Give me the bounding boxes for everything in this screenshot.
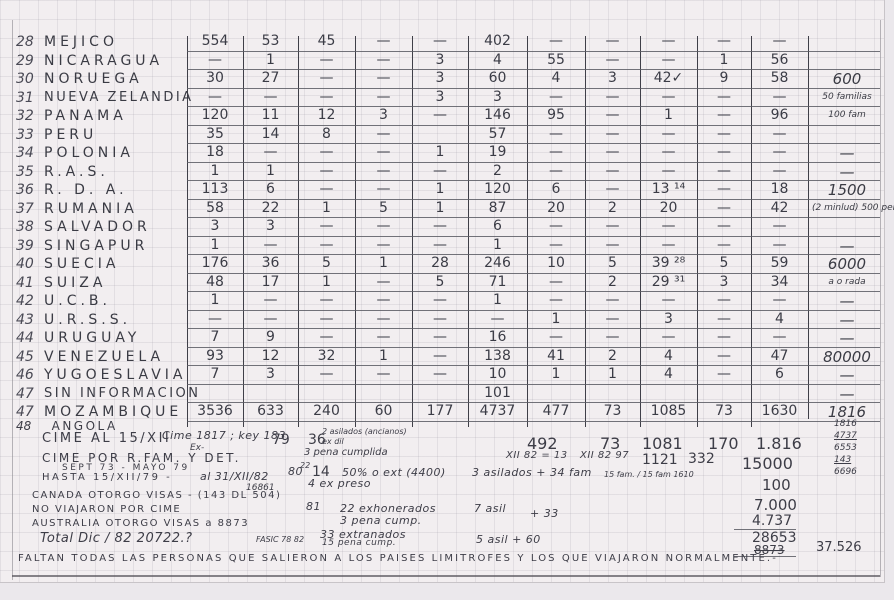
table-cell: 27 bbox=[243, 70, 298, 86]
no-viajaron-label: NO VIAJARON POR CIME bbox=[32, 504, 181, 515]
table-cell: 3 bbox=[355, 107, 412, 123]
table-cell: — bbox=[585, 163, 640, 179]
table-cell: — bbox=[412, 292, 468, 308]
table-cell: 14 bbox=[243, 126, 298, 142]
footer-note: FALTAN TODAS LAS PERSONAS QUE SALIERON A… bbox=[18, 553, 778, 564]
row-side-note: a o rada bbox=[812, 277, 882, 287]
table-cell: — bbox=[751, 126, 808, 142]
table-cell: — bbox=[298, 70, 355, 86]
table-cell: 1 bbox=[527, 366, 585, 382]
table-cell: 1 bbox=[187, 163, 243, 179]
row-side-note: 80000 bbox=[812, 348, 882, 366]
table-cell: 402 bbox=[468, 33, 527, 49]
table-cell: 29 ³¹ bbox=[640, 274, 697, 290]
table-cell: 4 bbox=[751, 311, 808, 327]
sept-value: 3 asilados + 34 fam bbox=[472, 466, 592, 479]
table-cell: 3 bbox=[468, 89, 527, 105]
row-index: 47 bbox=[16, 386, 34, 402]
document-page: 28MEJICO5545345——402—————29NICARAGUA—1——… bbox=[0, 0, 885, 583]
table-cell: 3 bbox=[187, 218, 243, 234]
table-row: 47MOZAMBIQUE3536633240601774737477731085… bbox=[0, 402, 884, 421]
table-cell: — bbox=[298, 329, 355, 345]
row-country-name: URUGUAY bbox=[44, 330, 140, 346]
table-cell: — bbox=[187, 89, 243, 105]
table-cell: — bbox=[585, 181, 640, 197]
table-row: 34POLONIA18———119—————— bbox=[0, 143, 884, 162]
row-country-name: SINGAPUR bbox=[44, 238, 148, 254]
table-cell: 12 bbox=[243, 348, 298, 364]
table-cell: — bbox=[751, 237, 808, 253]
table-cell: — bbox=[187, 52, 243, 68]
table-cell: 39 ²⁸ bbox=[640, 255, 697, 271]
row-index: 41 bbox=[16, 275, 34, 291]
row-country-name: NORUEGA bbox=[44, 71, 143, 87]
table-cell: 42✓ bbox=[640, 70, 697, 86]
table-cell: — bbox=[527, 274, 585, 290]
cime-al-value: 79 bbox=[272, 432, 290, 448]
table-cell: — bbox=[697, 126, 751, 142]
row-country-name: PANAMA bbox=[44, 108, 127, 124]
row-index: 31 bbox=[16, 90, 34, 106]
table-cell: — bbox=[187, 311, 243, 327]
table-cell: 477 bbox=[527, 403, 585, 419]
table-cell: 10 bbox=[527, 255, 585, 271]
row-side-note: — bbox=[812, 311, 882, 329]
table-row: 33PERU35148—57————— bbox=[0, 125, 884, 144]
table-cell: — bbox=[355, 70, 412, 86]
grand-total: 37.526 bbox=[816, 540, 862, 555]
table-cell: — bbox=[243, 89, 298, 105]
side-sum: 6553 bbox=[834, 443, 857, 453]
table-cell: — bbox=[697, 366, 751, 382]
table-cell: — bbox=[412, 163, 468, 179]
table-cell: — bbox=[697, 89, 751, 105]
table-cell: 120 bbox=[468, 181, 527, 197]
table-cell: 20 bbox=[640, 200, 697, 216]
table-cell: 1 bbox=[243, 52, 298, 68]
table-row: 45VENEZUELA9312321—1384124—4780000 bbox=[0, 347, 884, 366]
table-cell: — bbox=[585, 107, 640, 123]
row-side-note: 50 familias bbox=[812, 92, 882, 102]
row-index: 42 bbox=[16, 293, 34, 309]
row-country-name: YUGOESLAVIA bbox=[44, 367, 187, 383]
table-cell: 9 bbox=[243, 329, 298, 345]
row-index: 46 bbox=[16, 367, 34, 383]
row-side-note: — bbox=[812, 366, 882, 384]
table-row: 42U.C.B.1————1—————— bbox=[0, 291, 884, 310]
table-cell: 1 bbox=[640, 107, 697, 123]
table-cell: 246 bbox=[468, 255, 527, 271]
table-cell: 4737 bbox=[468, 403, 527, 419]
row-country-name: SUECIA bbox=[44, 256, 119, 272]
table-cell: — bbox=[243, 292, 298, 308]
table-cell: — bbox=[640, 329, 697, 345]
table-cell: — bbox=[751, 292, 808, 308]
table-cell: 1 bbox=[298, 200, 355, 216]
table-cell: 17 bbox=[243, 274, 298, 290]
table-cell: — bbox=[640, 126, 697, 142]
table-cell: — bbox=[298, 292, 355, 308]
table-cell: — bbox=[298, 144, 355, 160]
table-cell: — bbox=[697, 292, 751, 308]
table-cell: — bbox=[697, 348, 751, 364]
table-cell: 55 bbox=[527, 52, 585, 68]
sept-value: 22 bbox=[300, 461, 310, 470]
row-index: 48 bbox=[16, 419, 31, 433]
table-row: 32PANAMA12011123—14695—1—96100 fam bbox=[0, 106, 884, 125]
cime-al-inline-note: Cime 1817 ; key 183 bbox=[162, 429, 286, 442]
table-cell: 3 bbox=[640, 311, 697, 327]
table-cell: 73 bbox=[585, 403, 640, 419]
table-cell: — bbox=[697, 237, 751, 253]
row-country-name: MEJICO bbox=[44, 34, 118, 50]
row-side-note: — bbox=[812, 385, 882, 403]
table-cell: — bbox=[640, 237, 697, 253]
table-cell: 8 bbox=[298, 126, 355, 142]
table-cell: — bbox=[355, 329, 412, 345]
table-cell: 11 bbox=[243, 107, 298, 123]
table-row: 46YUGOESLAVIA73———10114—6— bbox=[0, 365, 884, 384]
table-cell: — bbox=[298, 366, 355, 382]
table-cell: 2 bbox=[468, 163, 527, 179]
table-cell: — bbox=[412, 329, 468, 345]
table-cell: 10 bbox=[468, 366, 527, 382]
table-cell: 6 bbox=[527, 181, 585, 197]
table-cell: 3 bbox=[243, 366, 298, 382]
table-cell: — bbox=[412, 33, 468, 49]
table-cell: — bbox=[355, 52, 412, 68]
row-index: 33 bbox=[16, 127, 34, 143]
table-cell: 9 bbox=[697, 70, 751, 86]
no-viajaron-value: 100 bbox=[762, 476, 791, 494]
row-side-note: 100 fam bbox=[812, 110, 882, 120]
table-cell: 3 bbox=[412, 52, 468, 68]
table-cell: — bbox=[585, 52, 640, 68]
table-cell: — bbox=[585, 33, 640, 49]
table-cell: — bbox=[697, 329, 751, 345]
xii-row-value: 1121 bbox=[642, 452, 678, 468]
xii-row-value: XII 82 = 13 bbox=[506, 450, 568, 461]
table-cell: — bbox=[527, 33, 585, 49]
table-cell: 59 bbox=[751, 255, 808, 271]
row-side-note: — bbox=[812, 163, 882, 181]
table-cell: — bbox=[697, 218, 751, 234]
table-row: 29NICARAGUA—1——3455——156 bbox=[0, 51, 884, 70]
row-side-note: 1500 bbox=[812, 181, 882, 199]
total-label: Total Dic / 82 20722.? bbox=[40, 531, 193, 546]
table-cell: — bbox=[527, 89, 585, 105]
row-country-name: R.A.S. bbox=[44, 164, 109, 180]
row-country-name: RUMANIA bbox=[44, 201, 138, 217]
table-cell: — bbox=[412, 218, 468, 234]
row-index: 43 bbox=[16, 312, 34, 328]
table-cell: 28 bbox=[412, 255, 468, 271]
cime-al-label: CIME AL 15/XII bbox=[42, 431, 171, 446]
table-cell: — bbox=[751, 218, 808, 234]
table-cell: — bbox=[298, 311, 355, 327]
table-cell: — bbox=[527, 292, 585, 308]
no-viajaron-value: + 33 bbox=[530, 507, 559, 520]
row-index: 45 bbox=[16, 349, 34, 365]
table-cell: — bbox=[468, 311, 527, 327]
table-cell: 1 bbox=[468, 237, 527, 253]
row-country-name: U.C.B. bbox=[44, 293, 111, 309]
table-cell: 30 bbox=[187, 70, 243, 86]
table-cell: — bbox=[355, 163, 412, 179]
table-cell: 7 bbox=[187, 366, 243, 382]
table-cell: 1 bbox=[697, 52, 751, 68]
table-cell: 633 bbox=[243, 403, 298, 419]
row-country-name: SUIZA bbox=[44, 275, 106, 291]
table-cell: 32 bbox=[298, 348, 355, 364]
table-cell: — bbox=[585, 126, 640, 142]
table-cell: — bbox=[585, 292, 640, 308]
table-cell: — bbox=[697, 144, 751, 160]
no-viajaron-value: 7 asil bbox=[474, 502, 506, 515]
table-cell: — bbox=[412, 237, 468, 253]
table-cell: 1 bbox=[187, 292, 243, 308]
table-cell: 36 bbox=[243, 255, 298, 271]
table-row: 28MEJICO5545345——402————— bbox=[0, 32, 884, 51]
table-cell: — bbox=[355, 292, 412, 308]
table-cell: 1 bbox=[355, 255, 412, 271]
table-row: 37RUMANIA58221518720220—42(2 minlud) 500… bbox=[0, 199, 884, 218]
table-cell: — bbox=[412, 107, 468, 123]
table-cell: — bbox=[640, 218, 697, 234]
table-cell: 12 bbox=[298, 107, 355, 123]
table-cell: — bbox=[527, 237, 585, 253]
table-cell: — bbox=[751, 163, 808, 179]
row-country-name: SALVADOR bbox=[44, 219, 151, 235]
table-cell: — bbox=[697, 181, 751, 197]
table-cell: 554 bbox=[187, 33, 243, 49]
table-row: 47SIN INFORMACION101— bbox=[0, 384, 884, 403]
table-cell: — bbox=[243, 144, 298, 160]
table-cell: — bbox=[355, 181, 412, 197]
table-cell: 3536 bbox=[187, 403, 243, 419]
table-cell: 18 bbox=[187, 144, 243, 160]
table-cell: — bbox=[527, 163, 585, 179]
table-row: 40SUECIA17636512824610539 ²⁸5596000 bbox=[0, 254, 884, 273]
side-sum: 143 bbox=[834, 455, 851, 465]
table-cell: 60 bbox=[468, 70, 527, 86]
row-index: 34 bbox=[16, 145, 34, 161]
table-cell: — bbox=[640, 292, 697, 308]
table-cell: 18 bbox=[751, 181, 808, 197]
row-rule bbox=[187, 421, 880, 422]
row-index: 36 bbox=[16, 182, 34, 198]
table-cell: — bbox=[355, 89, 412, 105]
table-cell: 1 bbox=[243, 163, 298, 179]
canada-label: CANADA OTORGO VISAS - (143 DL 504) bbox=[32, 490, 281, 501]
table-cell: — bbox=[640, 163, 697, 179]
table-cell: 3 bbox=[243, 218, 298, 234]
table-cell: 1 bbox=[412, 181, 468, 197]
table-cell: 1 bbox=[585, 366, 640, 382]
row-country-name: NICARAGUA bbox=[44, 53, 163, 69]
table-cell: — bbox=[412, 348, 468, 364]
table-cell: 1 bbox=[468, 292, 527, 308]
table-cell: — bbox=[697, 107, 751, 123]
table-cell: 4 bbox=[640, 348, 697, 364]
table-cell: — bbox=[355, 274, 412, 290]
row-index: 47 bbox=[16, 404, 34, 420]
table-cell: 16 bbox=[468, 329, 527, 345]
table-cell: — bbox=[527, 126, 585, 142]
no-viajaron-value: 81 bbox=[306, 500, 321, 513]
table-cell: — bbox=[355, 126, 412, 142]
row-index: 29 bbox=[16, 53, 34, 69]
table-cell: 34 bbox=[751, 274, 808, 290]
table-cell: 35 bbox=[187, 126, 243, 142]
row-country-name: MOZAMBIQUE bbox=[44, 404, 182, 420]
table-cell: 1 bbox=[298, 274, 355, 290]
pena-cumplida-annotation: 3 pena cumplida bbox=[304, 447, 388, 458]
cime-al-annotation: 2 asilados (ancianos) bbox=[322, 427, 407, 436]
table-cell: 2 bbox=[585, 200, 640, 216]
al-fecha-note: al 31/XII/82 bbox=[200, 470, 269, 483]
table-cell: 42 bbox=[751, 200, 808, 216]
table-cell: — bbox=[298, 181, 355, 197]
table-cell: 1 bbox=[412, 144, 468, 160]
table-cell: 58 bbox=[187, 200, 243, 216]
table-cell: 240 bbox=[298, 403, 355, 419]
table-cell: 5 bbox=[697, 255, 751, 271]
total-annotation: 5 asil + 60 bbox=[476, 533, 541, 546]
table-cell: 5 bbox=[298, 255, 355, 271]
table-cell: — bbox=[697, 163, 751, 179]
table-row: 36R. D. A.1136——11206—13 ¹⁴—181500 bbox=[0, 180, 884, 199]
table-cell: — bbox=[298, 163, 355, 179]
table-cell: 3 bbox=[412, 70, 468, 86]
hasta-label: HASTA 15/XII/79 - bbox=[42, 472, 172, 483]
table-cell: 1 bbox=[527, 311, 585, 327]
row-country-name: U.R.S.S. bbox=[44, 312, 131, 328]
australia-value: 7.000 bbox=[754, 496, 797, 514]
cime-al-value: 1.816 bbox=[756, 434, 802, 453]
table-cell: — bbox=[585, 89, 640, 105]
table-cell: 5 bbox=[412, 274, 468, 290]
table-cell: 45 bbox=[298, 33, 355, 49]
table-cell: 58 bbox=[751, 70, 808, 86]
table-cell: 6 bbox=[751, 366, 808, 382]
table-cell: 53 bbox=[243, 33, 298, 49]
cime-al-annotation: ex dil bbox=[322, 437, 344, 446]
side-sum: 6696 bbox=[834, 467, 857, 477]
fam-note: 15 fam. / 15 fam 1610 bbox=[604, 470, 694, 479]
table-cell: — bbox=[585, 329, 640, 345]
table-cell: 4 bbox=[527, 70, 585, 86]
table-cell: — bbox=[640, 89, 697, 105]
row-country-name: PERU bbox=[44, 127, 97, 143]
table-cell: 93 bbox=[187, 348, 243, 364]
table-cell: — bbox=[298, 218, 355, 234]
table-cell: 57 bbox=[468, 126, 527, 142]
table-cell: 96 bbox=[751, 107, 808, 123]
table-cell: 13 ¹⁴ bbox=[640, 181, 697, 197]
table-cell: 20 bbox=[527, 200, 585, 216]
table-cell: 101 bbox=[468, 385, 527, 401]
table-cell: — bbox=[751, 89, 808, 105]
table-cell: 56 bbox=[751, 52, 808, 68]
table-cell: 113 bbox=[187, 181, 243, 197]
table-cell: — bbox=[585, 237, 640, 253]
row-index: 28 bbox=[16, 34, 34, 50]
row-index: 37 bbox=[16, 201, 34, 217]
row-index: 39 bbox=[16, 238, 34, 254]
table-cell: — bbox=[640, 144, 697, 160]
table-cell: — bbox=[751, 33, 808, 49]
table-row: 31NUEVA ZELANDIA————33—————50 familias bbox=[0, 88, 884, 107]
table-cell: — bbox=[298, 89, 355, 105]
table-cell: — bbox=[355, 218, 412, 234]
row-country-name: R. D. A. bbox=[44, 182, 128, 198]
table-cell: 19 bbox=[468, 144, 527, 160]
sum-value: 4.737 bbox=[752, 513, 792, 529]
table-cell: 73 bbox=[697, 403, 751, 419]
xii-row-value: 332 bbox=[688, 451, 715, 467]
row-index: 44 bbox=[16, 330, 34, 346]
xii-row-value: XII 82 97 bbox=[580, 450, 629, 461]
table-cell: 71 bbox=[468, 274, 527, 290]
row-country-name: VENEZUELA bbox=[44, 349, 164, 365]
table-cell: 2 bbox=[585, 274, 640, 290]
bottom-frame-rule bbox=[12, 575, 880, 577]
row-index: 40 bbox=[16, 256, 34, 272]
table-cell: 2 bbox=[585, 348, 640, 364]
table-cell: 3 bbox=[412, 89, 468, 105]
row-side-note: — bbox=[812, 329, 882, 347]
table-cell: — bbox=[355, 144, 412, 160]
table-cell: — bbox=[697, 200, 751, 216]
row-index: 35 bbox=[16, 164, 34, 180]
table-cell: — bbox=[640, 33, 697, 49]
table-cell: — bbox=[585, 218, 640, 234]
table-cell: 87 bbox=[468, 200, 527, 216]
row-side-note: — bbox=[812, 144, 882, 162]
table-cell: 48 bbox=[187, 274, 243, 290]
table-cell: — bbox=[640, 52, 697, 68]
table-cell: — bbox=[298, 237, 355, 253]
side-sum: 1816 bbox=[834, 419, 857, 429]
row-side-note: — bbox=[812, 237, 882, 255]
table-cell: — bbox=[243, 311, 298, 327]
table-cell: 6 bbox=[468, 218, 527, 234]
table-cell: — bbox=[527, 329, 585, 345]
table-cell: — bbox=[412, 366, 468, 382]
ex-preso-note: 4 ex preso bbox=[308, 477, 371, 490]
row-index: 32 bbox=[16, 108, 34, 124]
row-side-note: (2 minlud) 500 personas bbox=[812, 203, 882, 213]
table-cell: 176 bbox=[187, 255, 243, 271]
side-sum: 4737 bbox=[834, 431, 857, 441]
table-cell: — bbox=[697, 311, 751, 327]
table-cell: 3 bbox=[585, 70, 640, 86]
table-cell: — bbox=[412, 311, 468, 327]
table-row: 41SUIZA48171—571—229 ³¹334a o rada bbox=[0, 273, 884, 292]
row-index: 30 bbox=[16, 71, 34, 87]
table-cell: 6 bbox=[243, 181, 298, 197]
xii-row-value: 15000 bbox=[742, 454, 793, 473]
table-cell: 95 bbox=[527, 107, 585, 123]
table-cell: 177 bbox=[412, 403, 468, 419]
table-cell: — bbox=[751, 329, 808, 345]
table-cell: 5 bbox=[355, 200, 412, 216]
table-cell: 1 bbox=[187, 237, 243, 253]
table-cell: 120 bbox=[187, 107, 243, 123]
table-cell: 47 bbox=[751, 348, 808, 364]
table-cell: — bbox=[355, 366, 412, 382]
